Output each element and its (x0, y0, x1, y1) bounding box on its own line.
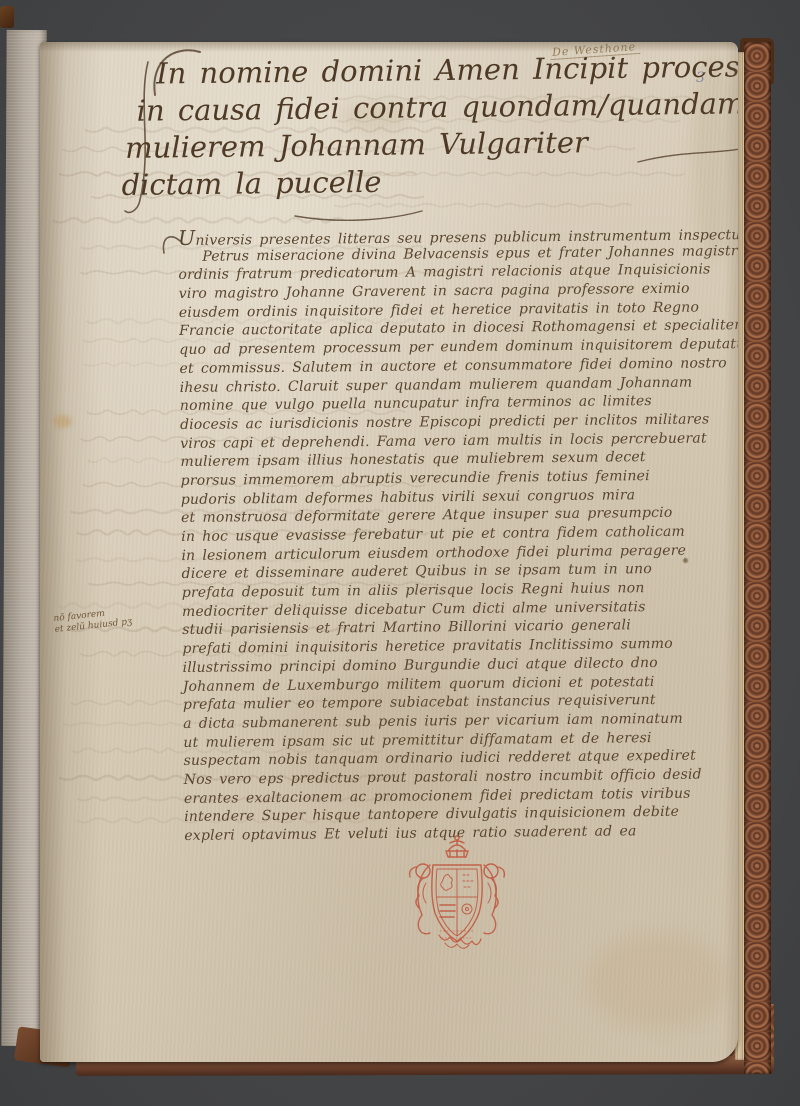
manuscript-page: De Westhone 3 In nomine domini Amen Inci… (40, 42, 738, 1062)
stain (588, 934, 728, 1029)
stain (53, 415, 72, 428)
heading-line: dictam la pucelle (121, 159, 738, 204)
heading-text: In nomine domini Amen Incipit processusi… (118, 48, 738, 204)
photograph-of-manuscript: { "manuscript": { "top_inscription": "De… (0, 0, 800, 1106)
armorial-stamp-icon (400, 835, 514, 959)
spine-leather-fragment (0, 6, 14, 28)
heading-line: in causa fidei contra quondam/quandam (136, 85, 738, 130)
body-text: Universis presentes litteras seu presens… (178, 223, 738, 846)
cover-right-marbled-edge (744, 42, 771, 1074)
margin-note: nõ favorem et zelũ huiusd pʒ (53, 606, 133, 636)
armorial-stamp-graphic (400, 835, 514, 959)
